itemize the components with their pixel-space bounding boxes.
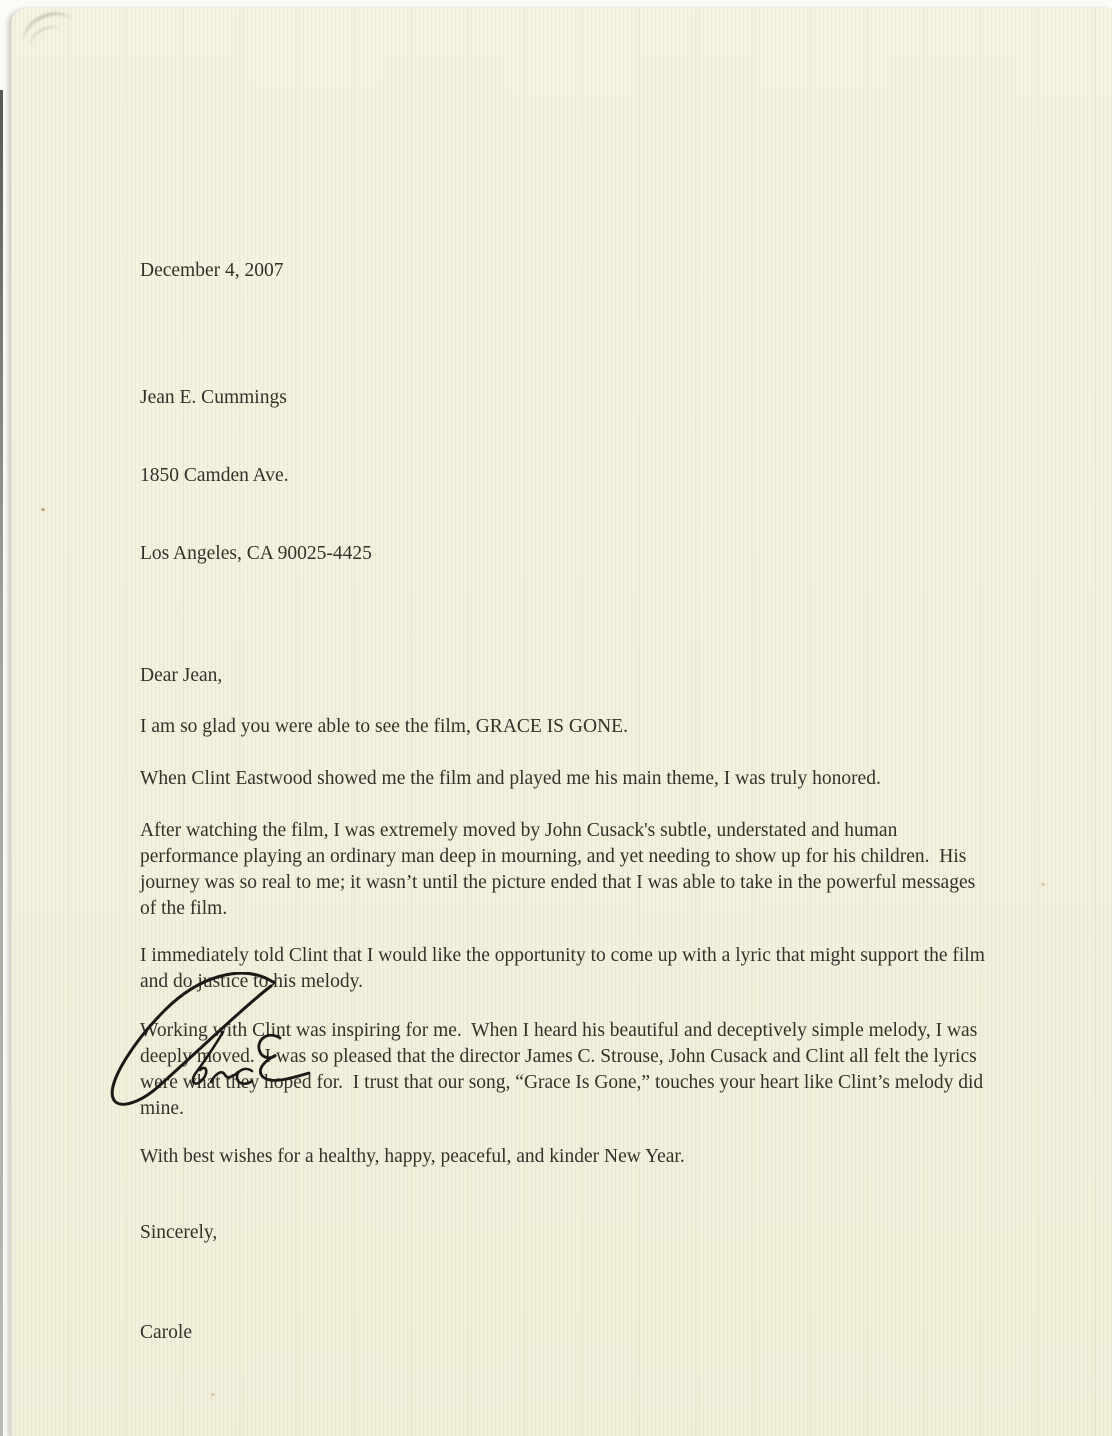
letter-body: December 4, 2007 Jean E. Cummings 1850 C… <box>140 8 996 1346</box>
salutation: Dear Jean, <box>140 663 996 689</box>
recipient-address-block: Jean E. Cummings 1850 Camden Ave. Los An… <box>140 333 996 619</box>
handwritten-signature-icon <box>105 972 327 1114</box>
paragraph: After watching the film, I was extremely… <box>140 818 996 922</box>
letter-date: December 4, 2007 <box>140 258 996 284</box>
paragraph: With best wishes for a healthy, happy, p… <box>140 1144 996 1170</box>
scanned-letter: December 4, 2007 Jean E. Cummings 1850 C… <box>0 0 1112 1436</box>
paper-speck <box>41 508 45 511</box>
recipient-address-line1: 1850 Camden Ave. <box>140 463 996 489</box>
recipient-name: Jean E. Cummings <box>140 385 996 411</box>
letter-page: December 4, 2007 Jean E. Cummings 1850 C… <box>11 8 1112 1436</box>
underlying-page-edge <box>0 90 3 1436</box>
paper-speck <box>1041 883 1045 886</box>
closing: Sincerely, <box>140 1220 996 1246</box>
signature-name: Carole <box>140 1320 996 1346</box>
recipient-address-line2: Los Angeles, CA 90025-4425 <box>140 541 996 567</box>
paragraph: When Clint Eastwood showed me the film a… <box>140 766 996 792</box>
paper-speck <box>211 1393 215 1396</box>
paragraph: I am so glad you were able to see the fi… <box>140 714 996 740</box>
